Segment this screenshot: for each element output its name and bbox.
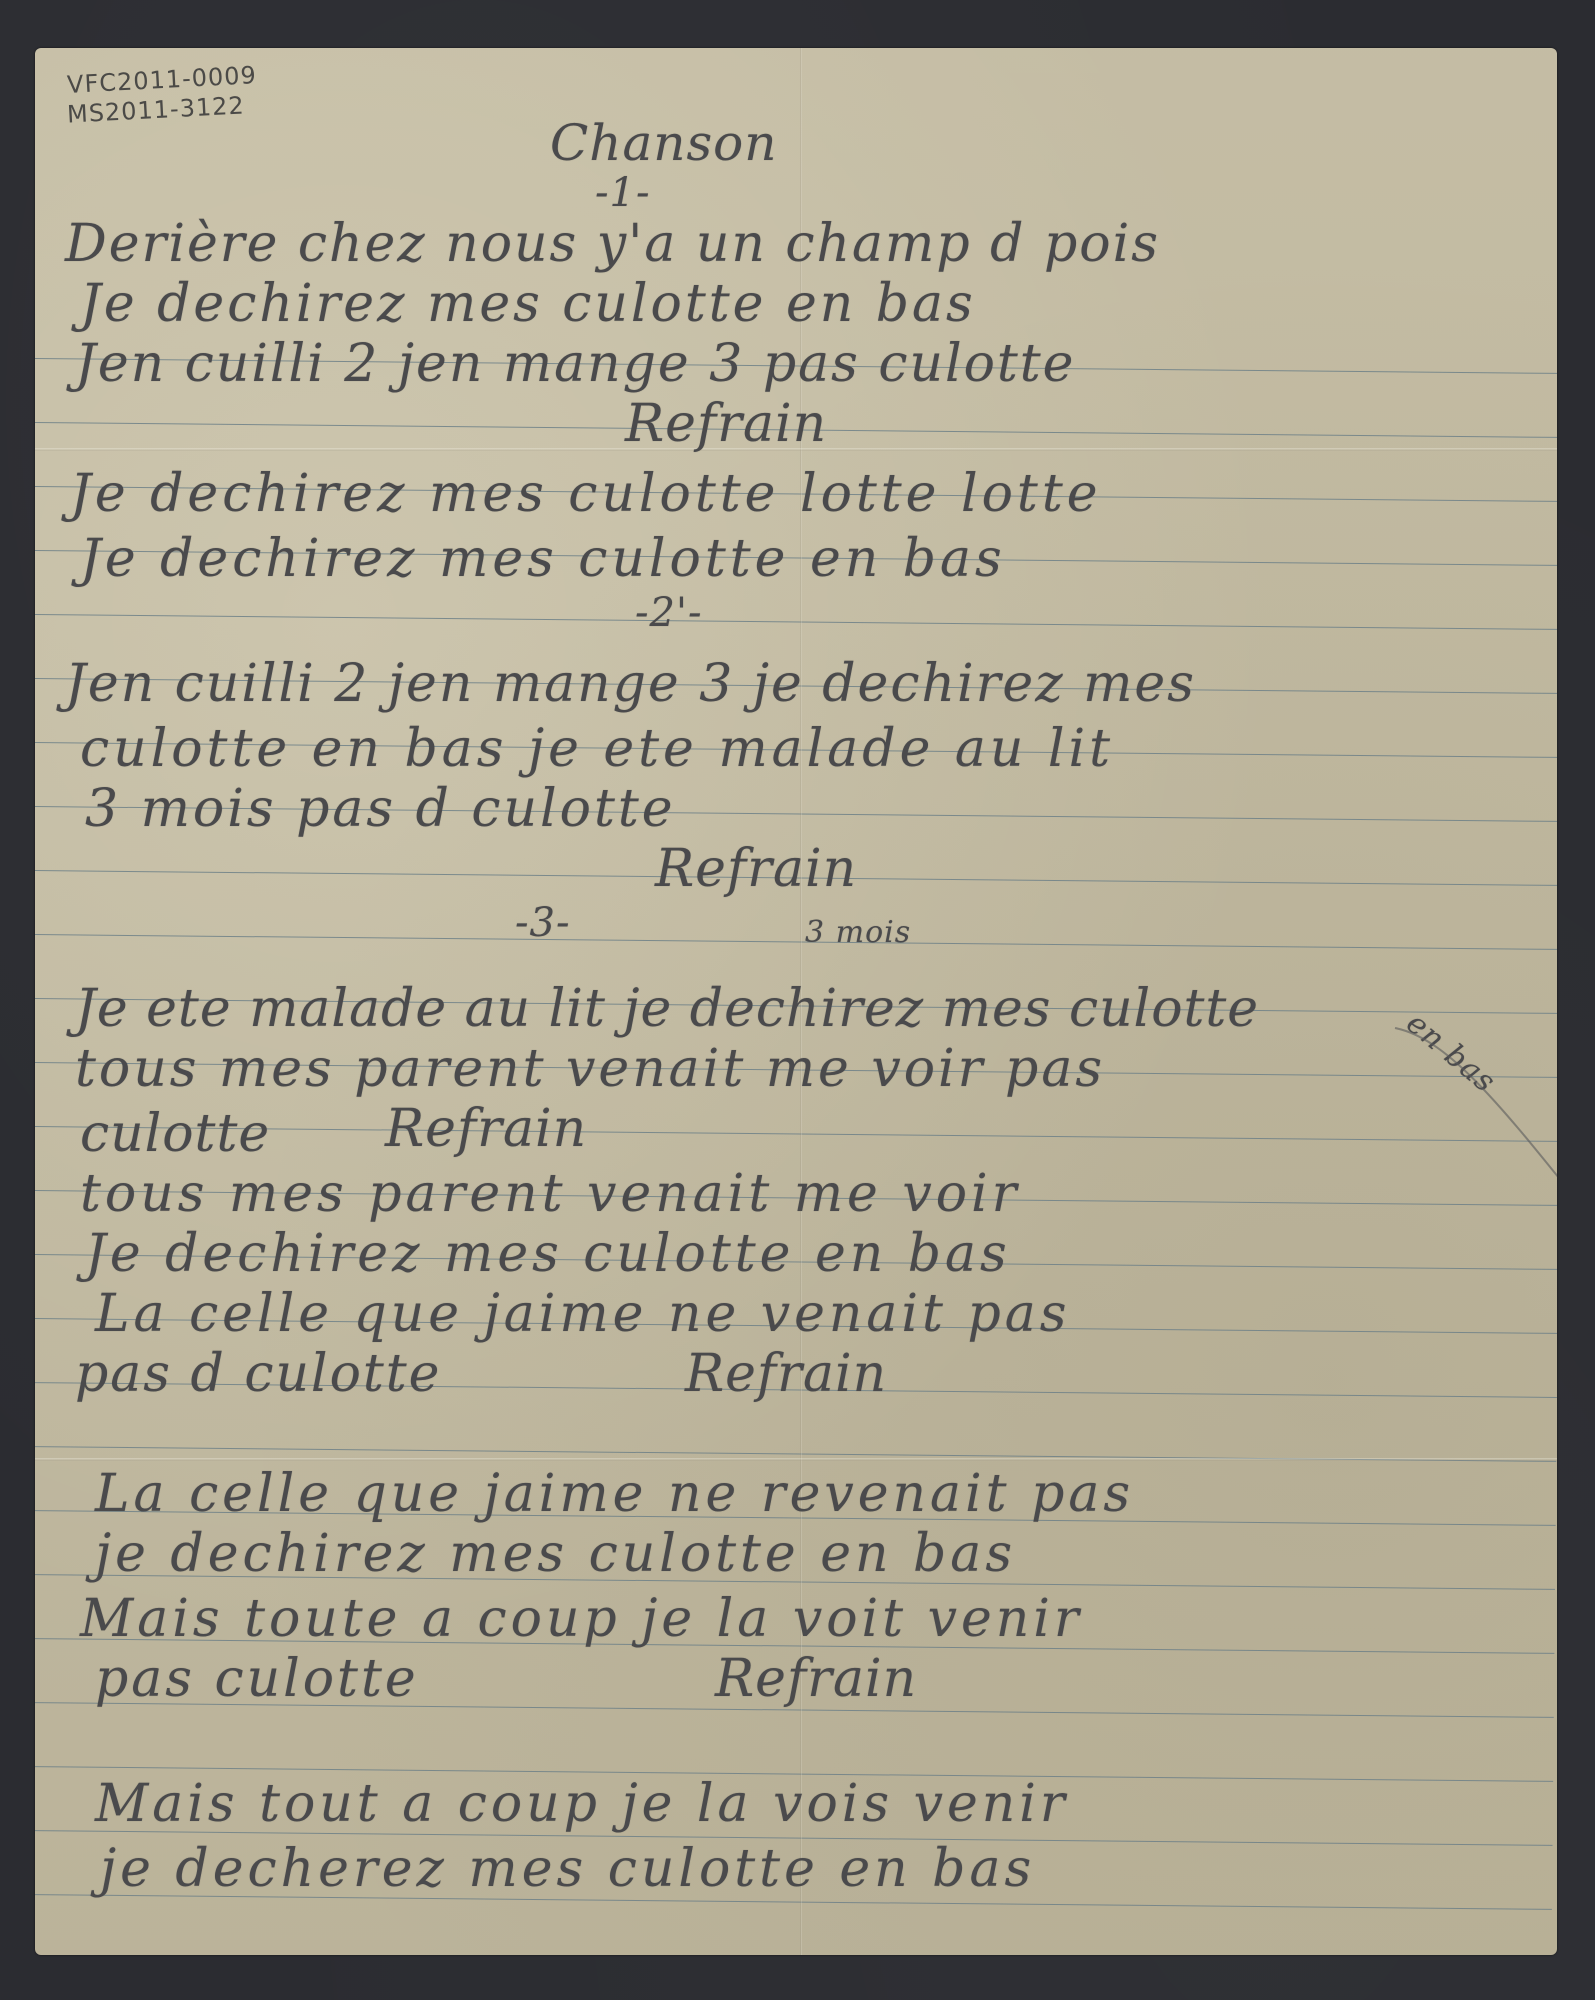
lyric-line: Je dechirez mes culotte en bas — [80, 533, 1006, 585]
manuscript-page: VFC2011-0009 MS2011-3122 Chanson -1- Der… — [35, 48, 1557, 1955]
lyric-line: je decherez mes culotte en bas — [100, 1843, 1035, 1895]
lyric-line: Jen cuilli 2 jen mange 3 je dechirez mes — [65, 658, 1196, 710]
verse-number-2: -2'- — [635, 593, 702, 633]
refrain-label: Refrain — [715, 1653, 917, 1705]
lyric-line: culotte — [80, 1108, 270, 1160]
lyric-line: Je ete malade au lit je dechirez mes cul… — [75, 983, 1259, 1035]
verse-number-1: -1- — [595, 173, 650, 213]
refrain-label: Refrain — [625, 398, 827, 450]
lyric-line: tous mes parent venait me voir — [80, 1168, 1021, 1220]
lyric-line: Jen cuilli 2 jen mange 3 pas culotte — [75, 338, 1075, 390]
lyric-line: pas culotte — [95, 1653, 419, 1705]
lyric-line: Mais tout a coup je la vois venir — [95, 1778, 1069, 1830]
horizontal-fold-crease — [35, 1458, 1557, 1461]
lyric-line: Je dechirez mes culotte lotte lotte — [70, 468, 1102, 520]
lyric-line: tous mes parent venait me voir pas — [75, 1043, 1105, 1095]
lyric-line: La celle que jaime ne venait pas — [95, 1288, 1070, 1340]
lyric-line: Mais toute a coup je la voit venir — [80, 1593, 1083, 1645]
verse-number-3: -3- — [515, 903, 570, 943]
lyric-line: culotte en bas je ete malade au lit — [80, 723, 1114, 775]
insertion-curve-mark — [1385, 1008, 1557, 1208]
lyric-line: je dechirez mes culotte en bas — [95, 1528, 1016, 1580]
refrain-label: Refrain — [655, 843, 857, 895]
song-title: Chanson — [550, 118, 777, 168]
lyric-line: Derière chez nous y'a un champ d pois — [65, 218, 1160, 270]
inserted-text-3-mois: 3 mois — [805, 918, 911, 948]
lyric-line: 3 mois pas d culotte — [85, 783, 676, 835]
refrain-label: Refrain — [385, 1103, 587, 1155]
lyric-line: Je dechirez mes culotte en bas — [80, 278, 976, 330]
lyric-line: pas d culotte — [75, 1348, 441, 1400]
ruled-line — [35, 614, 1557, 630]
lyric-line: Je dechirez mes culotte en bas — [85, 1228, 1011, 1280]
lyric-line: La celle que jaime ne revenait pas — [95, 1468, 1134, 1520]
refrain-label: Refrain — [685, 1348, 887, 1400]
ruled-line — [35, 934, 1557, 950]
